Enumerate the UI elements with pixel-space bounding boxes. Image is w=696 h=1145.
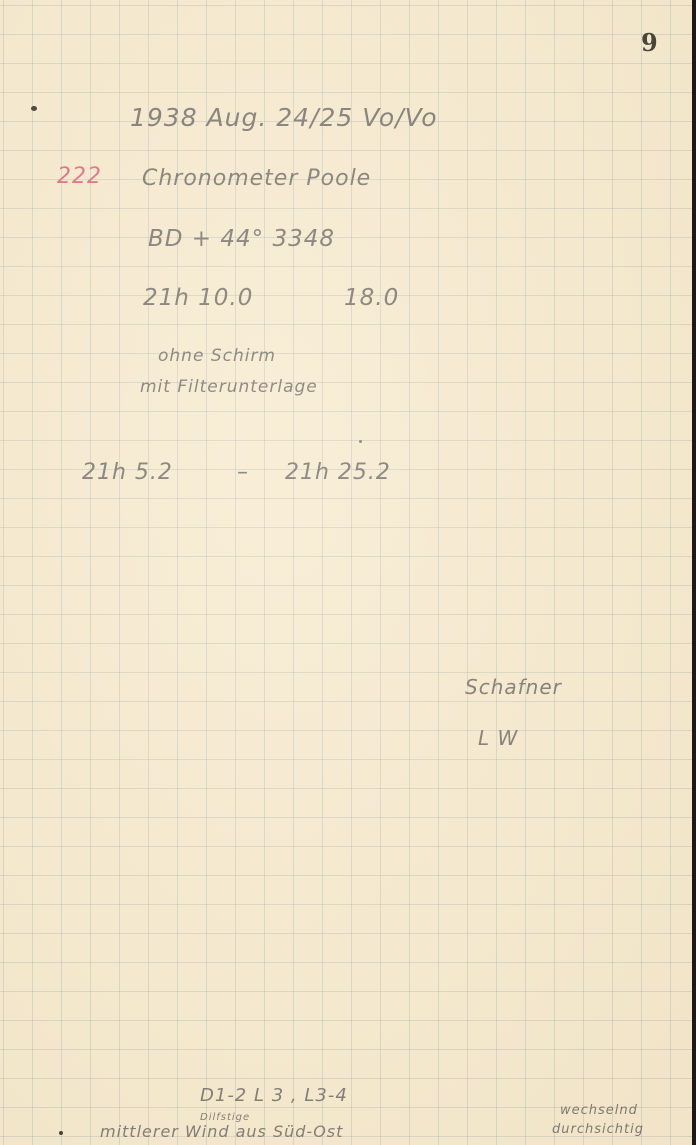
signature-line-2: L W [478,726,518,750]
ink-dot [59,1131,63,1135]
title-line: Chronometer Poole [142,166,371,191]
interval-start: 21h 5.2 [82,460,173,485]
catalog-number: 222 [57,164,102,189]
note-line-2: mit Filterunterlage [140,377,318,397]
footer-right-line: durchsichtig [552,1122,644,1137]
footer-right-small: wechselnd [560,1103,638,1118]
ink-dot [31,106,37,111]
ink-dot [359,440,362,443]
page-edge-shadow [692,0,696,1145]
star-line: BD + 44° 3348 [148,226,335,252]
notebook-page: 9 1938 Aug. 24/25 Vo/Vo 222 Chronometer … [0,0,692,1145]
time-value: 21h 10.0 [143,285,253,311]
header-line: 1938 Aug. 24/25 Vo/Vo [130,103,438,132]
interval-end: 21h 25.2 [285,460,391,485]
footer-line-2: mittlerer Wind aus Süd-Ost [100,1122,343,1141]
note-line-1: ohne Schirm [158,346,276,366]
magnitude-value: 18.0 [344,285,399,311]
interval-separator: – [237,460,249,485]
page-number: 9 [641,28,658,57]
signature-line-1: Schafner [465,675,562,699]
footer-line-1: D1-2 L 3 , L3-4 [200,1085,348,1106]
